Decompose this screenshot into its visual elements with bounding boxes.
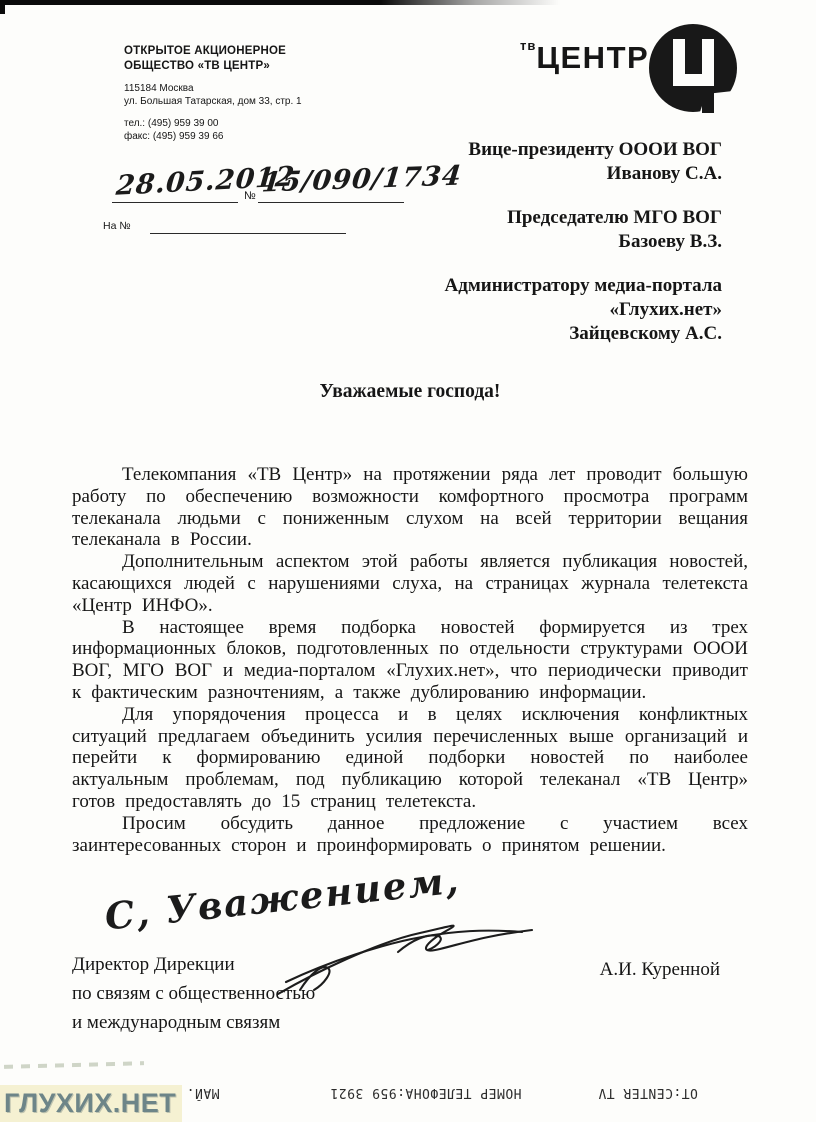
scan-edge-artifact	[0, 0, 560, 5]
logo-tv-label: тв	[520, 38, 536, 53]
paragraph-3: В настоящее время подборка новостей форм…	[72, 617, 748, 704]
fax-from-segment: ОТ:CENTER TV	[598, 1085, 698, 1100]
scan-corner-artifact	[0, 0, 5, 14]
tv-center-logo-icon	[646, 22, 742, 123]
signer-name: А.И. Куренной	[560, 959, 720, 981]
logo-center-label: ЦЕНТР	[536, 40, 649, 75]
paragraph-5: Просим обсудить данное предложение с уча…	[72, 813, 748, 857]
number-underline	[258, 202, 404, 203]
recipients-block: Вице-президенту ОООИ ВОГ Иванову С.А. Пр…	[444, 138, 722, 366]
recipient-3: Администратору медиа-портала «Глухих.нет…	[444, 274, 722, 346]
salutation: Уважаемые господа!	[72, 381, 748, 403]
sender-street: ул. Большая Татарская, дом 33, стр. 1	[124, 96, 302, 109]
sender-postcode-city: 115184 Москва	[124, 83, 302, 96]
paragraph-4: Для упорядочения процесса и в целях искл…	[72, 704, 748, 813]
sender-phone: тел.: (495) 959 39 00	[124, 118, 302, 131]
recipient-1-title: Вице-президенту ОООИ ВОГ	[444, 138, 722, 162]
signer-position-line2: по связям с общественностью	[72, 979, 315, 1008]
scanned-letter-page: ОТКРЫТОЕ АКЦИОНЕРНОЕ ОБЩЕСТВО «ТВ ЦЕНТР»…	[0, 0, 816, 1122]
recipient-2-name: Базоеву В.З.	[444, 230, 722, 254]
number-sign: №	[244, 190, 256, 202]
recipient-1-name: Иванову С.А.	[444, 162, 722, 186]
paragraph-1: Телекомпания «ТВ Центр» на протяжении ря…	[72, 464, 748, 551]
recipient-3-name: Зайцевскому А.С.	[444, 322, 722, 346]
recipient-1: Вице-президенту ОООИ ВОГ Иванову С.А.	[444, 138, 722, 186]
tv-center-logo-text: твЦЕНТР	[520, 38, 649, 76]
date-underline	[112, 202, 238, 203]
letter-body: Телекомпания «ТВ Центр» на протяжении ря…	[72, 464, 748, 856]
sender-company-line2: ОБЩЕСТВО «ТВ ЦЕНТР»	[124, 59, 302, 74]
fax-phone-segment: НОМЕР ТЕЛЕФОНА:959 3921	[330, 1085, 522, 1100]
handwritten-outgoing-number: 15/090/1734	[260, 160, 463, 198]
sender-fax: факс: (495) 959 39 66	[124, 131, 302, 144]
signer-position-line1: Директор Дирекции	[72, 950, 315, 979]
scan-smudge-artifact	[4, 1061, 144, 1069]
recipient-2-title: Председателю МГО ВОГ	[444, 206, 722, 230]
signer-position-line3: и международным связям	[72, 1008, 315, 1037]
signer-position-block: Директор Дирекции по связям с общественн…	[72, 950, 315, 1037]
sender-company-line1: ОТКРЫТОЕ АКЦИОНЕРНОЕ	[124, 44, 302, 59]
recipient-3-title: Администратору медиа-портала	[444, 274, 722, 298]
reply-to-label: На №	[103, 220, 131, 232]
reply-to-underline	[150, 233, 346, 234]
paragraph-2: Дополнительным аспектом этой работы явля…	[72, 551, 748, 616]
recipient-2: Председателю МГО ВОГ Базоеву В.З.	[444, 206, 722, 254]
recipient-3-title2: «Глухих.нет»	[444, 298, 722, 322]
sender-block: ОТКРЫТОЕ АКЦИОНЕРНОЕ ОБЩЕСТВО «ТВ ЦЕНТР»…	[124, 44, 302, 143]
watermark-gluhih-net: ГЛУХИХ.НЕТ	[0, 1085, 182, 1122]
